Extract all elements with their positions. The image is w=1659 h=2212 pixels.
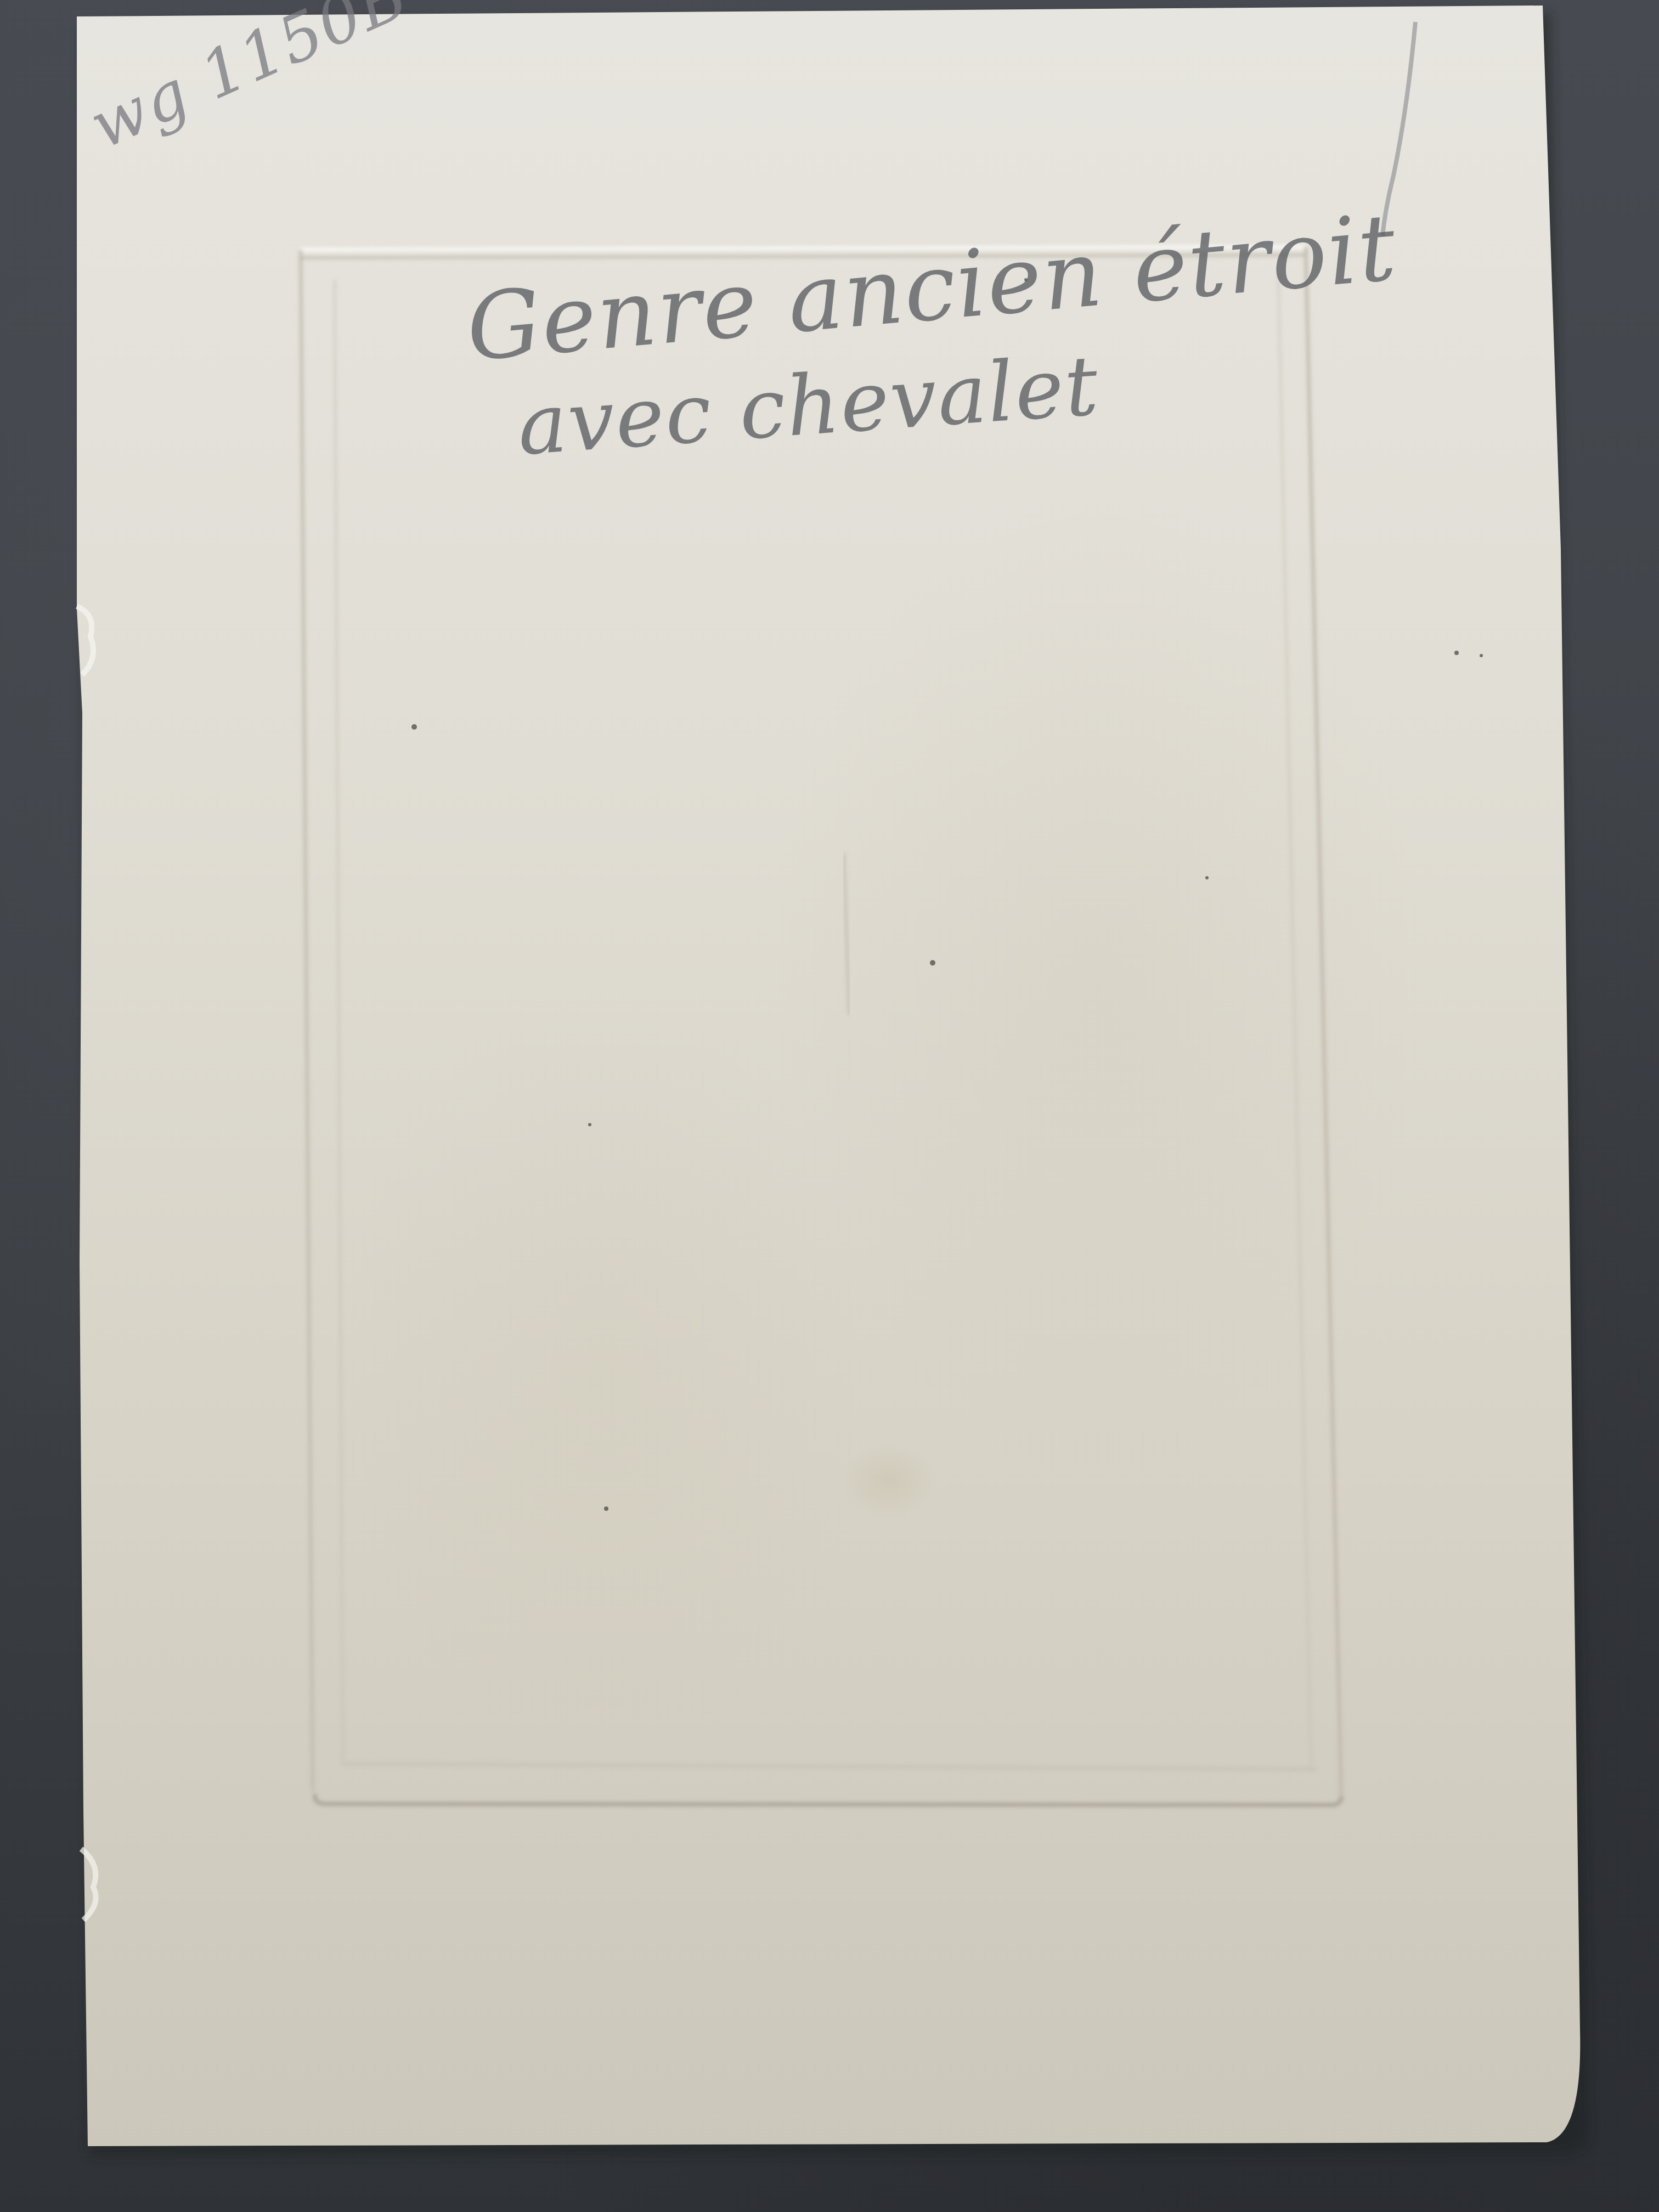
stain: [329, 988, 878, 1756]
